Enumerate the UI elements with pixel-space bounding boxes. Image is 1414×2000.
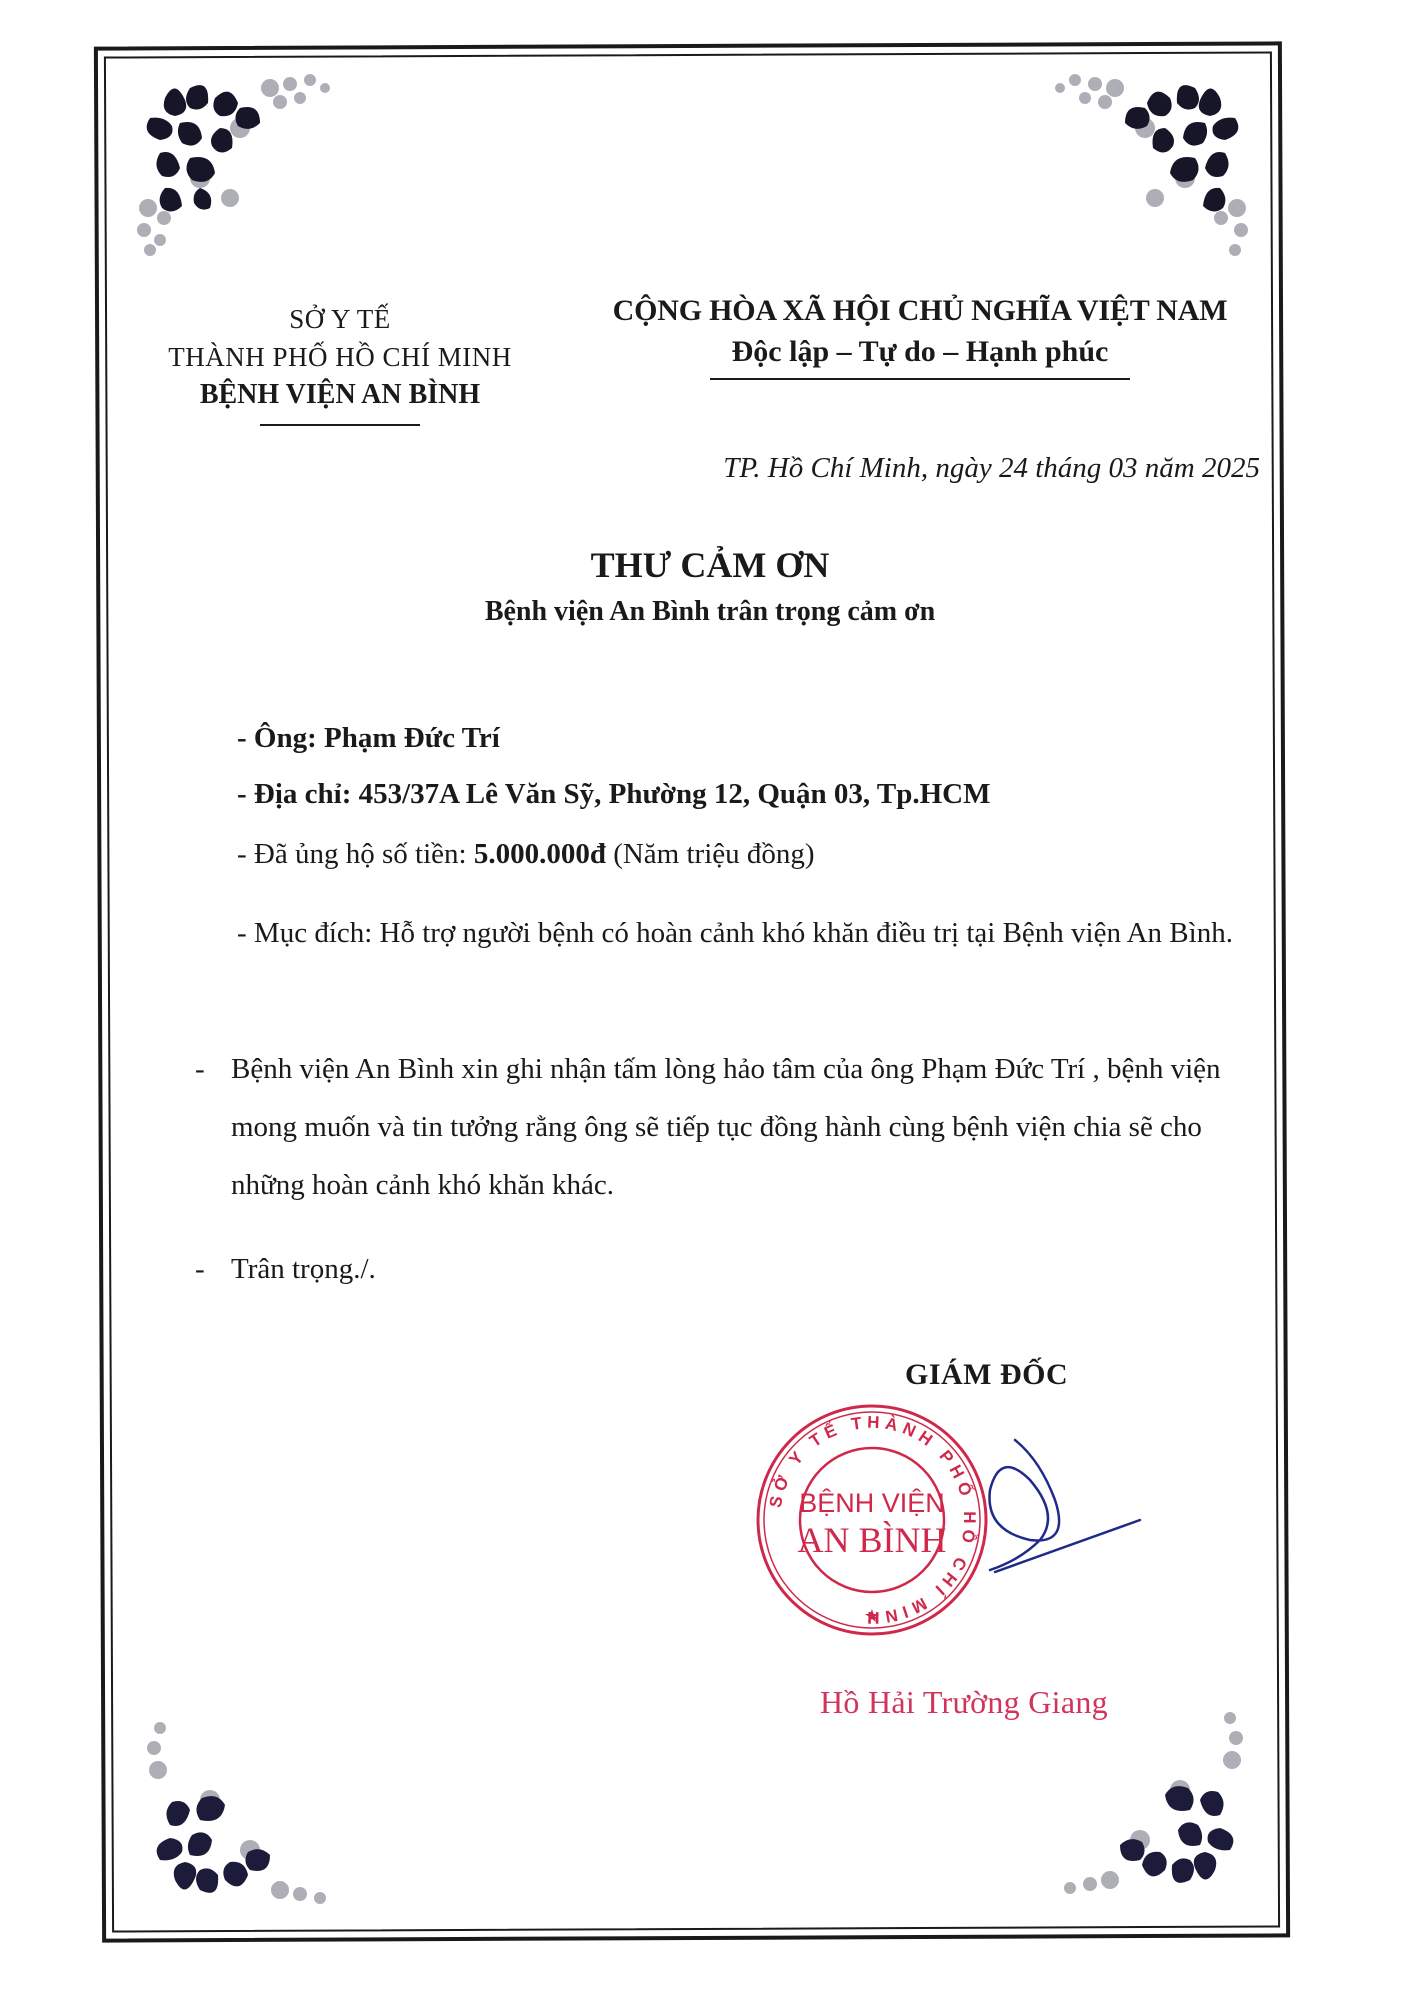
flower-ornament-icon — [1045, 58, 1265, 278]
national-motto: Độc lập – Tự do – Hạnh phúc — [590, 332, 1250, 372]
stamp-star-icon: ★ — [864, 1606, 880, 1627]
national-header: CỘNG HÒA XÃ HỘI CHỦ NGHĨA VIỆT NAM Độc l… — [590, 290, 1250, 380]
country-name: CỘNG HÒA XÃ HỘI CHỦ NGHĨA VIỆT NAM — [590, 290, 1250, 332]
acknowledgement-text: Bệnh viện An Bình xin ghi nhận tấm lòng … — [231, 1040, 1275, 1214]
donor-name: - Ông: Phạm Đức Trí — [237, 718, 500, 758]
acknowledgement-paragraph: - Bệnh viện An Bình xin ghi nhận tấm lòn… — [195, 1040, 1275, 1214]
department-name: SỞ Y TẾ — [140, 300, 540, 338]
document-title: THƯ CẢM ƠN — [300, 544, 1120, 586]
bullet-dash: - — [195, 1040, 231, 1214]
motto-underline — [710, 378, 1130, 380]
bullet-dash: - — [195, 1240, 231, 1298]
city-name: THÀNH PHỐ HỒ CHÍ MINH — [140, 338, 540, 376]
amount-words: (Năm triệu đồng) — [606, 838, 815, 870]
closing-paragraph: - Trân trọng./. — [195, 1240, 376, 1298]
closing-text: Trân trọng./. — [231, 1240, 376, 1298]
amount-value: 5.000.000đ — [474, 838, 606, 870]
document-subtitle: Bệnh viện An Bình trân trọng cảm ơn — [300, 596, 1120, 628]
flower-ornament-icon — [1040, 1690, 1260, 1910]
donation-purpose: - Mục đích: Hỗ trợ người bệnh có hoàn cả… — [237, 903, 1267, 963]
signer-name: Hồ Hải Trường Giang — [820, 1684, 1108, 1721]
stamp-center-line2: AN BÌNH — [798, 1520, 947, 1560]
donor-address: - Địa chỉ: 453/37A Lê Văn Sỹ, Phường 12,… — [237, 774, 990, 814]
issuing-agency-header: SỞ Y TẾ THÀNH PHỐ HỒ CHÍ MINH BỆNH VIỆN … — [140, 300, 540, 426]
hospital-name: BỆNH VIỆN AN BÌNH — [140, 376, 540, 414]
flower-ornament-icon — [120, 58, 340, 278]
signer-position: GIÁM ĐỐC — [905, 1358, 1068, 1392]
stamp-center-line1: BỆNH VIỆN — [799, 1487, 945, 1518]
handwritten-signature-icon — [960, 1420, 1160, 1590]
flower-ornament-icon — [130, 1700, 350, 1920]
donation-amount: - Đã ủng hộ số tiền: 5.000.000đ (Năm tri… — [237, 834, 815, 874]
amount-label: - Đã ủng hộ số tiền: — [237, 838, 474, 870]
header-underline — [260, 424, 420, 426]
place-date: TP. Hồ Chí Minh, ngày 24 tháng 03 năm 20… — [620, 452, 1260, 485]
official-stamp-icon: SỞ Y TẾ THÀNH PHỐ HỒ CHÍ MINH BỆNH VIỆN … — [752, 1400, 992, 1640]
